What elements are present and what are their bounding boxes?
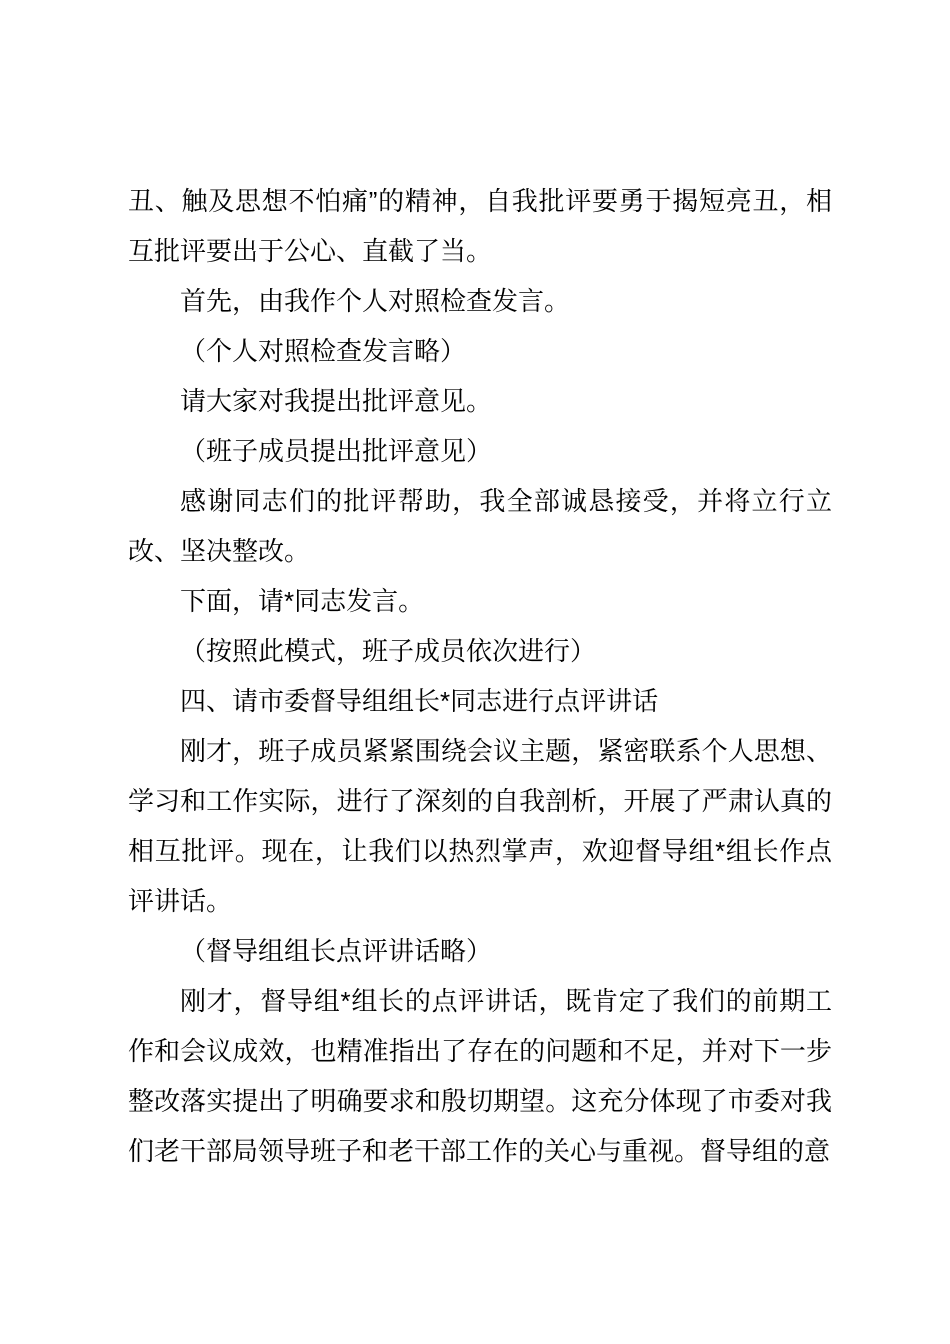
paragraph: 刚才，班子成员紧紧围绕会议主题，紧密联系个人思想、学习和工作实际，进行了深刻的自…: [128, 726, 832, 926]
paragraph: 首先，由我作个人对照检查发言。: [128, 276, 832, 326]
paragraph: 刚才，督导组*组长的点评讲话，既肯定了我们的前期工作和会议成效，也精准指出了存在…: [128, 976, 832, 1176]
paragraph: （个人对照检查发言略）: [128, 326, 832, 376]
document-body: 丑、触及思想不怕痛”的精神，自我批评要勇于揭短亮丑，相互批评要出于公心、直截了当…: [128, 176, 832, 1176]
paragraph: 四、请市委督导组组长*同志进行点评讲话: [128, 676, 832, 726]
paragraph: （按照此模式，班子成员依次进行）: [128, 626, 832, 676]
paragraph: （班子成员提出批评意见）: [128, 426, 832, 476]
paragraph: 下面，请*同志发言。: [128, 576, 832, 626]
paragraph: 感谢同志们的批评帮助，我全部诚恳接受，并将立行立改、坚决整改。: [128, 476, 832, 576]
paragraph: 请大家对我提出批评意见。: [128, 376, 832, 426]
paragraph: （督导组组长点评讲话略）: [128, 926, 832, 976]
document-page: 丑、触及思想不怕痛”的精神，自我批评要勇于揭短亮丑，相互批评要出于公心、直截了当…: [0, 0, 950, 1344]
paragraph: 丑、触及思想不怕痛”的精神，自我批评要勇于揭短亮丑，相互批评要出于公心、直截了当…: [128, 176, 832, 276]
